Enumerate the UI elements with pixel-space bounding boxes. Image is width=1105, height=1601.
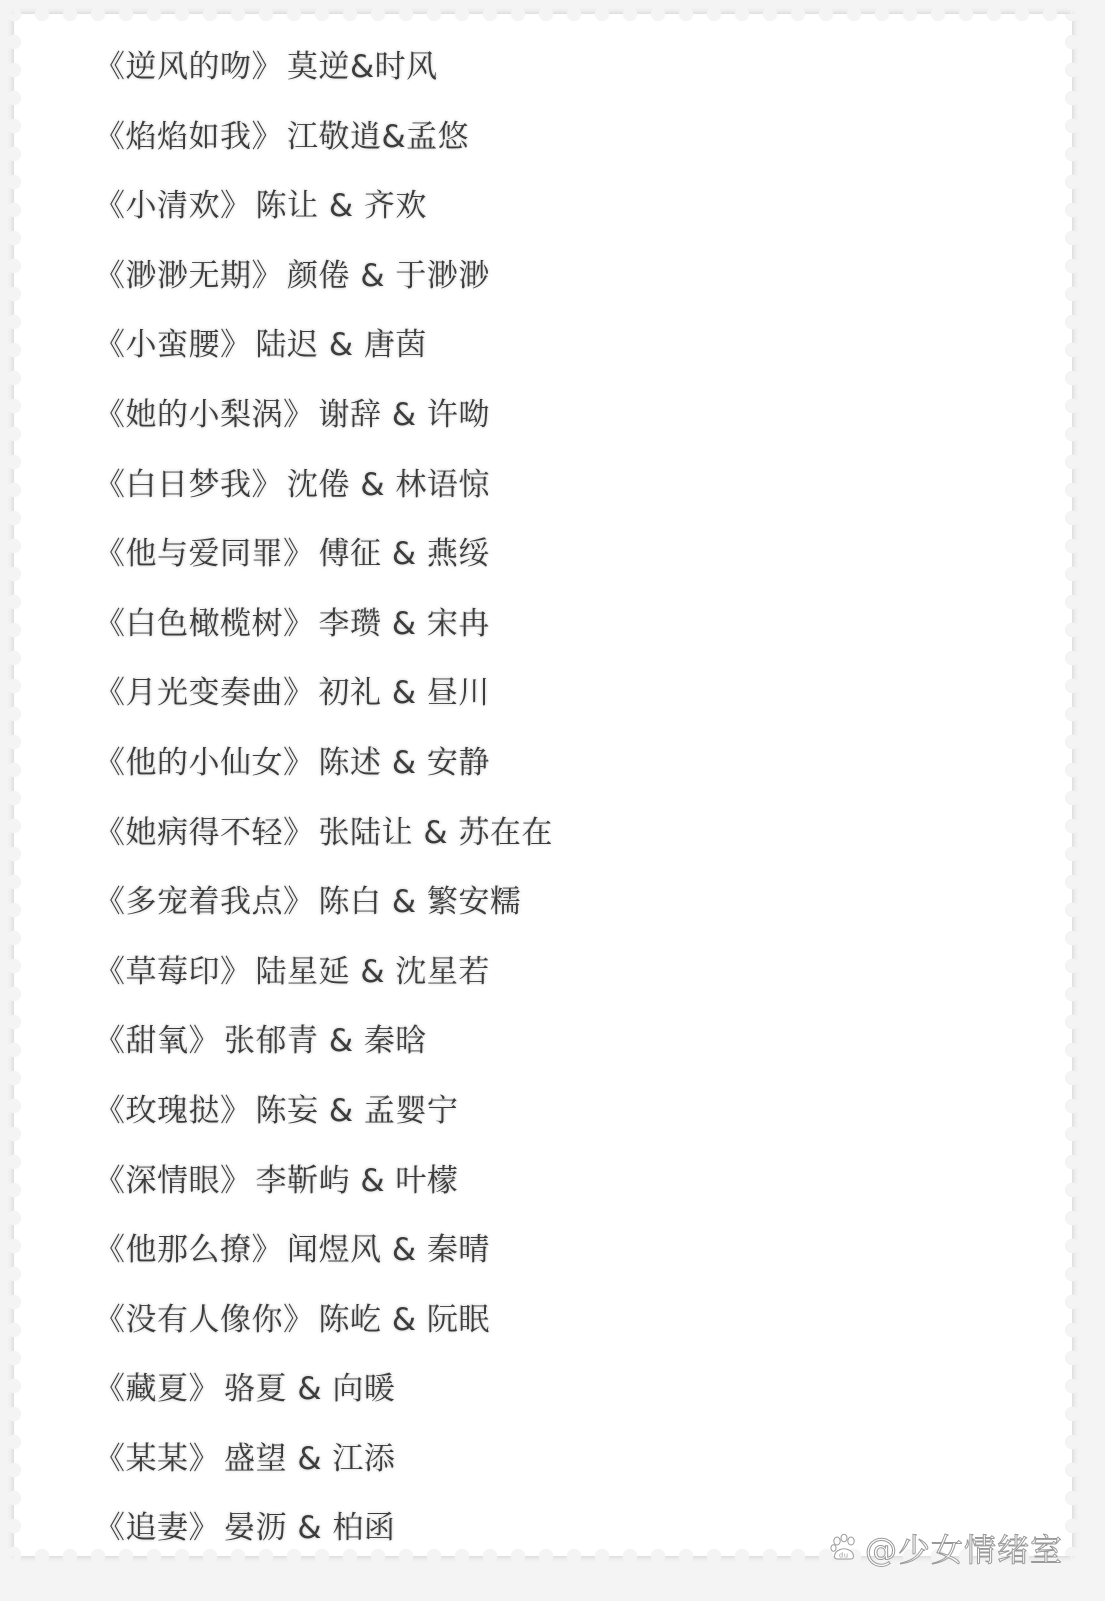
book-title: 《玫瑰挞》 (94, 1093, 252, 1129)
book-title: 《某某》 (94, 1441, 220, 1477)
character-pair: 李靳屿 & 叶檬 (256, 1163, 459, 1199)
book-title: 《小蛮腰》 (94, 327, 252, 363)
stamp-card: 《逆风的吻》莫逆&时风 《焰焰如我》江敬逍&孟悠 《小清欢》陈让 & 齐欢 《渺… (14, 14, 1072, 1556)
character-pair: 陈让 & 齐欢 (256, 188, 427, 224)
list-item: 《逆风的吻》莫逆&时风 (94, 40, 553, 110)
book-title: 《草莓印》 (94, 954, 252, 990)
book-title: 《他与爱同罪》 (94, 536, 315, 572)
list-item: 《渺渺无期》颜倦 & 于渺渺 (94, 249, 553, 319)
character-pair: 谢辞 & 许呦 (319, 397, 490, 433)
list-item: 《藏夏》骆夏 & 向暖 (94, 1362, 553, 1432)
list-item: 《某某》盛望 & 江添 (94, 1432, 553, 1502)
character-pair: 陈述 & 安静 (319, 745, 490, 781)
character-pair: 莫逆&时风 (287, 49, 438, 85)
book-title: 《白色橄榄树》 (94, 606, 315, 642)
perforated-edge-left (6, 14, 22, 1556)
character-pair: 晏沥 & 柏函 (224, 1510, 395, 1546)
book-title: 《她病得不轻》 (94, 815, 315, 851)
book-title: 《深情眼》 (94, 1163, 252, 1199)
list-item: 《白色橄榄树》李瓒 & 宋冉 (94, 597, 553, 667)
book-title: 《追妻》 (94, 1510, 220, 1546)
book-title: 《小清欢》 (94, 188, 252, 224)
book-title: 《藏夏》 (94, 1371, 220, 1407)
character-pair: 陆星延 & 沈星若 (256, 954, 490, 990)
book-list: 《逆风的吻》莫逆&时风 《焰焰如我》江敬逍&孟悠 《小清欢》陈让 & 齐欢 《渺… (94, 40, 553, 1571)
book-title: 《没有人像你》 (94, 1302, 315, 1338)
character-pair: 张陆让 & 苏在在 (319, 815, 553, 851)
list-item: 《深情眼》李靳屿 & 叶檬 (94, 1154, 553, 1224)
character-pair: 李瓒 & 宋冉 (319, 606, 490, 642)
list-item: 《甜氧》张郁青 & 秦晗 (94, 1014, 553, 1084)
list-item: 《他那么撩》闻煜风 & 秦晴 (94, 1223, 553, 1293)
book-title: 《焰焰如我》 (94, 119, 283, 155)
character-pair: 张郁青 & 秦晗 (224, 1023, 427, 1059)
list-item: 《焰焰如我》江敬逍&孟悠 (94, 110, 553, 180)
list-item: 《小蛮腰》陆迟 & 唐茵 (94, 318, 553, 388)
list-item: 《月光变奏曲》初礼 & 昼川 (94, 666, 553, 736)
character-pair: 陈白 & 繁安糯 (319, 884, 522, 920)
page: 《逆风的吻》莫逆&时风 《焰焰如我》江敬逍&孟悠 《小清欢》陈让 & 齐欢 《渺… (0, 0, 1105, 1601)
list-item: 《她的小梨涡》谢辞 & 许呦 (94, 388, 553, 458)
book-title: 《渺渺无期》 (94, 258, 283, 294)
list-item: 《他与爱同罪》傅征 & 燕绥 (94, 527, 553, 597)
book-title: 《她的小梨涡》 (94, 397, 315, 433)
list-item: 《白日梦我》沈倦 & 林语惊 (94, 458, 553, 528)
book-title: 《他那么撩》 (94, 1232, 283, 1268)
list-item: 《没有人像你》陈屹 & 阮眠 (94, 1293, 553, 1363)
character-pair: 颜倦 & 于渺渺 (287, 258, 490, 294)
character-pair: 陆迟 & 唐茵 (256, 327, 427, 363)
list-item: 《小清欢》陈让 & 齐欢 (94, 179, 553, 249)
perforated-edge-right (1064, 14, 1080, 1556)
character-pair: 傅征 & 燕绥 (319, 536, 490, 572)
list-item: 《她病得不轻》张陆让 & 苏在在 (94, 806, 553, 876)
list-item: 《追妻》晏沥 & 柏函 (94, 1501, 553, 1571)
list-item: 《他的小仙女》陈述 & 安静 (94, 736, 553, 806)
list-item: 《草莓印》陆星延 & 沈星若 (94, 945, 553, 1015)
watermark: du @少女情绪室 (829, 1525, 1063, 1571)
book-title: 《多宠着我点》 (94, 884, 315, 920)
book-title: 《甜氧》 (94, 1023, 220, 1059)
character-pair: 盛望 & 江添 (224, 1441, 395, 1477)
character-pair: 初礼 & 昼川 (319, 675, 490, 711)
character-pair: 闻煜风 & 秦晴 (287, 1232, 490, 1268)
watermark-text: @少女情绪室 (865, 1525, 1063, 1571)
character-pair: 江敬逍&孟悠 (287, 119, 469, 155)
book-title: 《月光变奏曲》 (94, 675, 315, 711)
perforated-edge-top (14, 6, 1072, 22)
character-pair: 陈妄 & 孟婴宁 (256, 1093, 459, 1129)
book-title: 《逆风的吻》 (94, 49, 283, 85)
character-pair: 陈屹 & 阮眠 (319, 1302, 490, 1338)
book-title: 《他的小仙女》 (94, 745, 315, 781)
baidu-paw-icon: du (829, 1533, 859, 1563)
character-pair: 沈倦 & 林语惊 (287, 467, 490, 503)
list-item: 《玫瑰挞》陈妄 & 孟婴宁 (94, 1084, 553, 1154)
svg-text:du: du (839, 1553, 849, 1560)
list-item: 《多宠着我点》陈白 & 繁安糯 (94, 875, 553, 945)
character-pair: 骆夏 & 向暖 (224, 1371, 395, 1407)
book-title: 《白日梦我》 (94, 467, 283, 503)
